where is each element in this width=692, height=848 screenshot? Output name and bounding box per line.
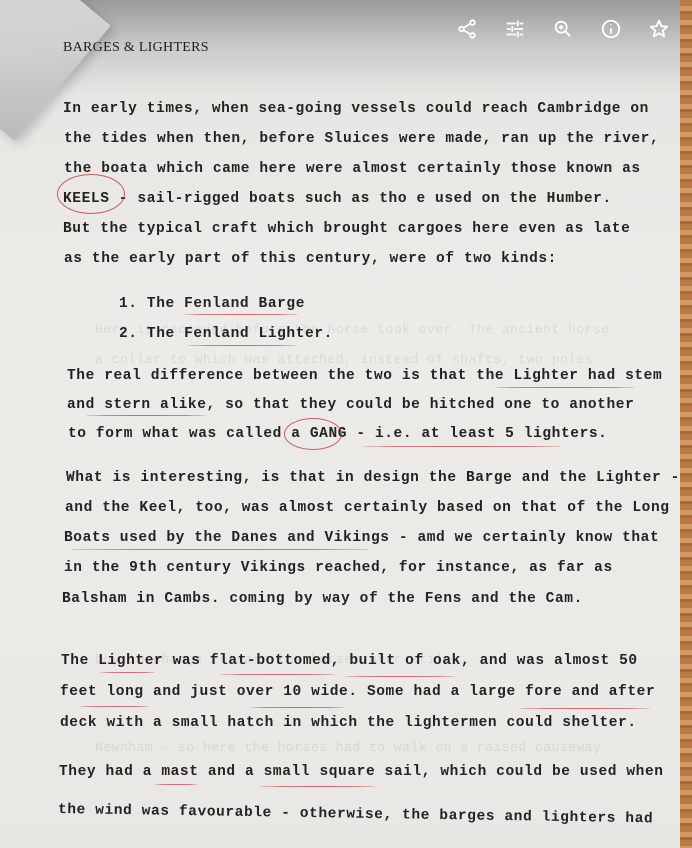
favorite-button[interactable] [644,14,674,44]
text-line: But the typical craft which brought carg… [63,221,630,237]
share-button[interactable] [452,14,482,44]
text-line: What is interesting, is that in design t… [66,470,680,486]
text-line: the tides when then, before Sluices were… [64,131,659,147]
text-line: Balsham in Cambs. coming by way of the F… [62,591,583,607]
list-item: 1. The Fenland Barge [119,296,305,312]
ink-underline [520,707,650,709]
photo-toolbar [452,14,674,44]
ink-underline [345,675,455,677]
ink-underline [362,445,562,447]
ink-underline [155,783,197,785]
bleed-through-text: Newnham - so here the horses had to walk… [95,740,601,755]
text-line: the wind was favourable - otherwise, the… [58,802,653,827]
text-line: In early times, when sea-going vessels c… [63,101,649,117]
adjust-icon [504,18,526,40]
wood-surface [680,0,692,848]
text-line: the boata which came here were almost ce… [64,161,641,177]
ink-underline [80,705,150,707]
ink-underline [260,785,375,787]
ink-underline [86,414,206,416]
ink-underline [188,344,296,346]
text-line: in the 9th century Vikings reached, for … [64,560,613,576]
zoom-in-button[interactable] [548,14,578,44]
ink-underline [100,671,155,673]
text-line: as the early part of this century, were … [64,251,557,267]
text-line: feet long and just over 10 wide. Some ha… [60,684,655,700]
text-line: Boats used by the Danes and Vikings - am… [64,530,659,546]
bleed-through-text: a collar to which was attached, instead … [95,352,593,367]
text-line: The Lighter was flat-bottomed, built of … [61,653,638,669]
ink-underline [70,548,370,550]
share-icon [456,18,478,40]
ink-underline [220,673,335,675]
document-photo: Here is recorded before the horse took o… [0,0,682,848]
page-fold [0,0,111,141]
list-item: 2. The Fenland Lighter. [119,326,333,342]
text-line: KEELS - sail-rigged boats such as tho e … [63,191,612,207]
text-line: and stern alike, so that they could be h… [67,397,634,413]
adjust-button[interactable] [500,14,530,44]
page-title: BARGES & LIGHTERS [63,40,209,56]
zoom-in-icon [552,18,574,40]
info-button[interactable] [596,14,626,44]
ink-underline [183,313,298,315]
ink-underline [250,706,345,708]
text-line: and the Keel, too, was almost certainly … [65,500,670,516]
text-line: They had a mast and a small square sail,… [59,764,664,780]
info-icon [600,18,622,40]
star-icon [648,18,670,40]
ink-circle-gang [284,418,342,450]
ink-circle-keels [57,174,125,214]
ink-underline [495,386,635,388]
text-line: The real difference between the two is t… [67,368,662,384]
text-line: deck with a small hatch in which the lig… [60,715,637,731]
